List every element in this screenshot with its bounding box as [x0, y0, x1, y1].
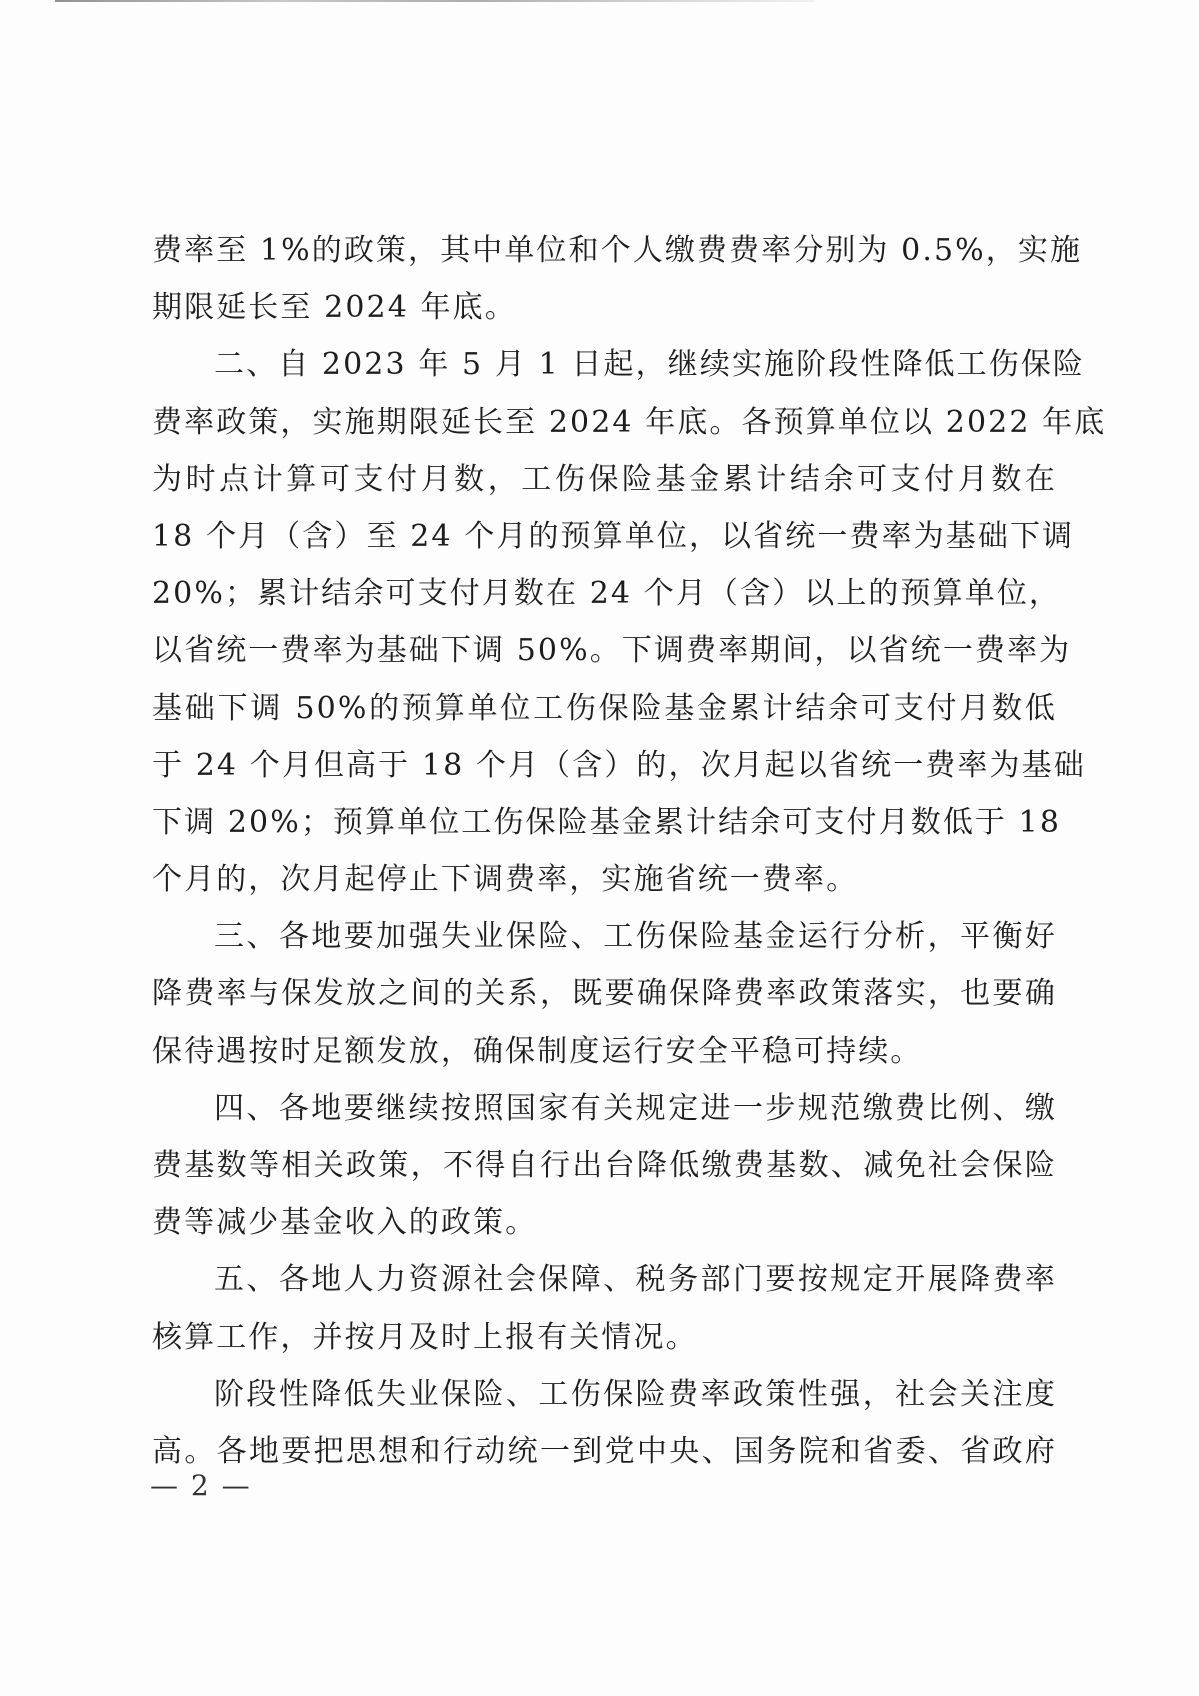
text-line: 阶段性降低失业保险、工伤保险费率政策性强，社会关注度: [152, 1366, 1057, 1423]
document-body: 费率至 1%的政策，其中单位和个人缴费费率分别为 0.5%，实施 期限延长至 2…: [152, 222, 1057, 1480]
text-line: 五、各地人力资源社会保障、税务部门要按规定开展降费率: [152, 1251, 1057, 1308]
text-line: 费基数等相关政策，不得自行出台降低缴费基数、减免社会保险: [152, 1137, 1057, 1194]
paragraph-item-four: 四、各地要继续按照国家有关规定进一步规范缴费比例、缴 费基数等相关政策，不得自行…: [152, 1080, 1057, 1252]
text-line: 费等减少基金收入的政策。: [152, 1194, 1057, 1251]
text-line: 20%；累计结余可支付月数在 24 个月（含）以上的预算单位，: [152, 565, 1057, 622]
paragraph-rate-continuation: 费率至 1%的政策，其中单位和个人缴费费率分别为 0.5%，实施 期限延长至 2…: [152, 222, 1057, 336]
text-line: 高。各地要把思想和行动统一到党中央、国务院和省委、省政府: [152, 1423, 1057, 1480]
text-line: 费率至 1%的政策，其中单位和个人缴费费率分别为 0.5%，实施: [152, 222, 1057, 279]
text-line: 以省统一费率为基础下调 50%。下调费率期间，以省统一费率为: [152, 622, 1057, 679]
text-line: 个月的，次月起停止下调费率，实施省统一费率。: [152, 851, 1057, 908]
text-line: 下调 20%；预算单位工伤保险基金累计结余可支付月数低于 18: [152, 794, 1057, 851]
text-line: 四、各地要继续按照国家有关规定进一步规范缴费比例、缴: [152, 1080, 1057, 1137]
paragraph-item-two: 二、自 2023 年 5 月 1 日起，继续实施阶段性降低工伤保险 费率政策，实…: [152, 336, 1057, 908]
paragraph-item-five: 五、各地人力资源社会保障、税务部门要按规定开展降费率 核算工作，并按月及时上报有…: [152, 1251, 1057, 1365]
paragraph-closing: 阶段性降低失业保险、工伤保险费率政策性强，社会关注度 高。各地要把思想和行动统一…: [152, 1366, 1057, 1480]
text-line: 基础下调 50%的预算单位工伤保险基金累计结余可支付月数低: [152, 680, 1057, 737]
paragraph-item-three: 三、各地要加强失业保险、工伤保险基金运行分析，平衡好 降费率与保发放之间的关系，…: [152, 908, 1057, 1080]
page-number: — 2 —: [150, 1469, 252, 1502]
text-line: 保待遇按时足额发放，确保制度运行安全平稳可持续。: [152, 1023, 1057, 1080]
text-line: 期限延长至 2024 年底。: [152, 279, 1057, 336]
text-line: 费率政策，实施期限延长至 2024 年底。各预算单位以 2022 年底: [152, 394, 1057, 451]
text-line: 于 24 个月但高于 18 个月（含）的，次月起以省统一费率为基础: [152, 737, 1057, 794]
text-line: 二、自 2023 年 5 月 1 日起，继续实施阶段性降低工伤保险: [152, 336, 1057, 393]
text-line: 降费率与保发放之间的关系，既要确保降费率政策落实，也要确: [152, 965, 1057, 1022]
text-line: 18 个月（含）至 24 个月的预算单位，以省统一费率为基础下调: [152, 508, 1057, 565]
text-line: 三、各地要加强失业保险、工伤保险基金运行分析，平衡好: [152, 908, 1057, 965]
text-line: 为时点计算可支付月数，工伤保险基金累计结余可支付月数在: [152, 451, 1057, 508]
text-line: 核算工作，并按月及时上报有关情况。: [152, 1309, 1057, 1366]
scan-top-edge: [55, 0, 815, 2]
